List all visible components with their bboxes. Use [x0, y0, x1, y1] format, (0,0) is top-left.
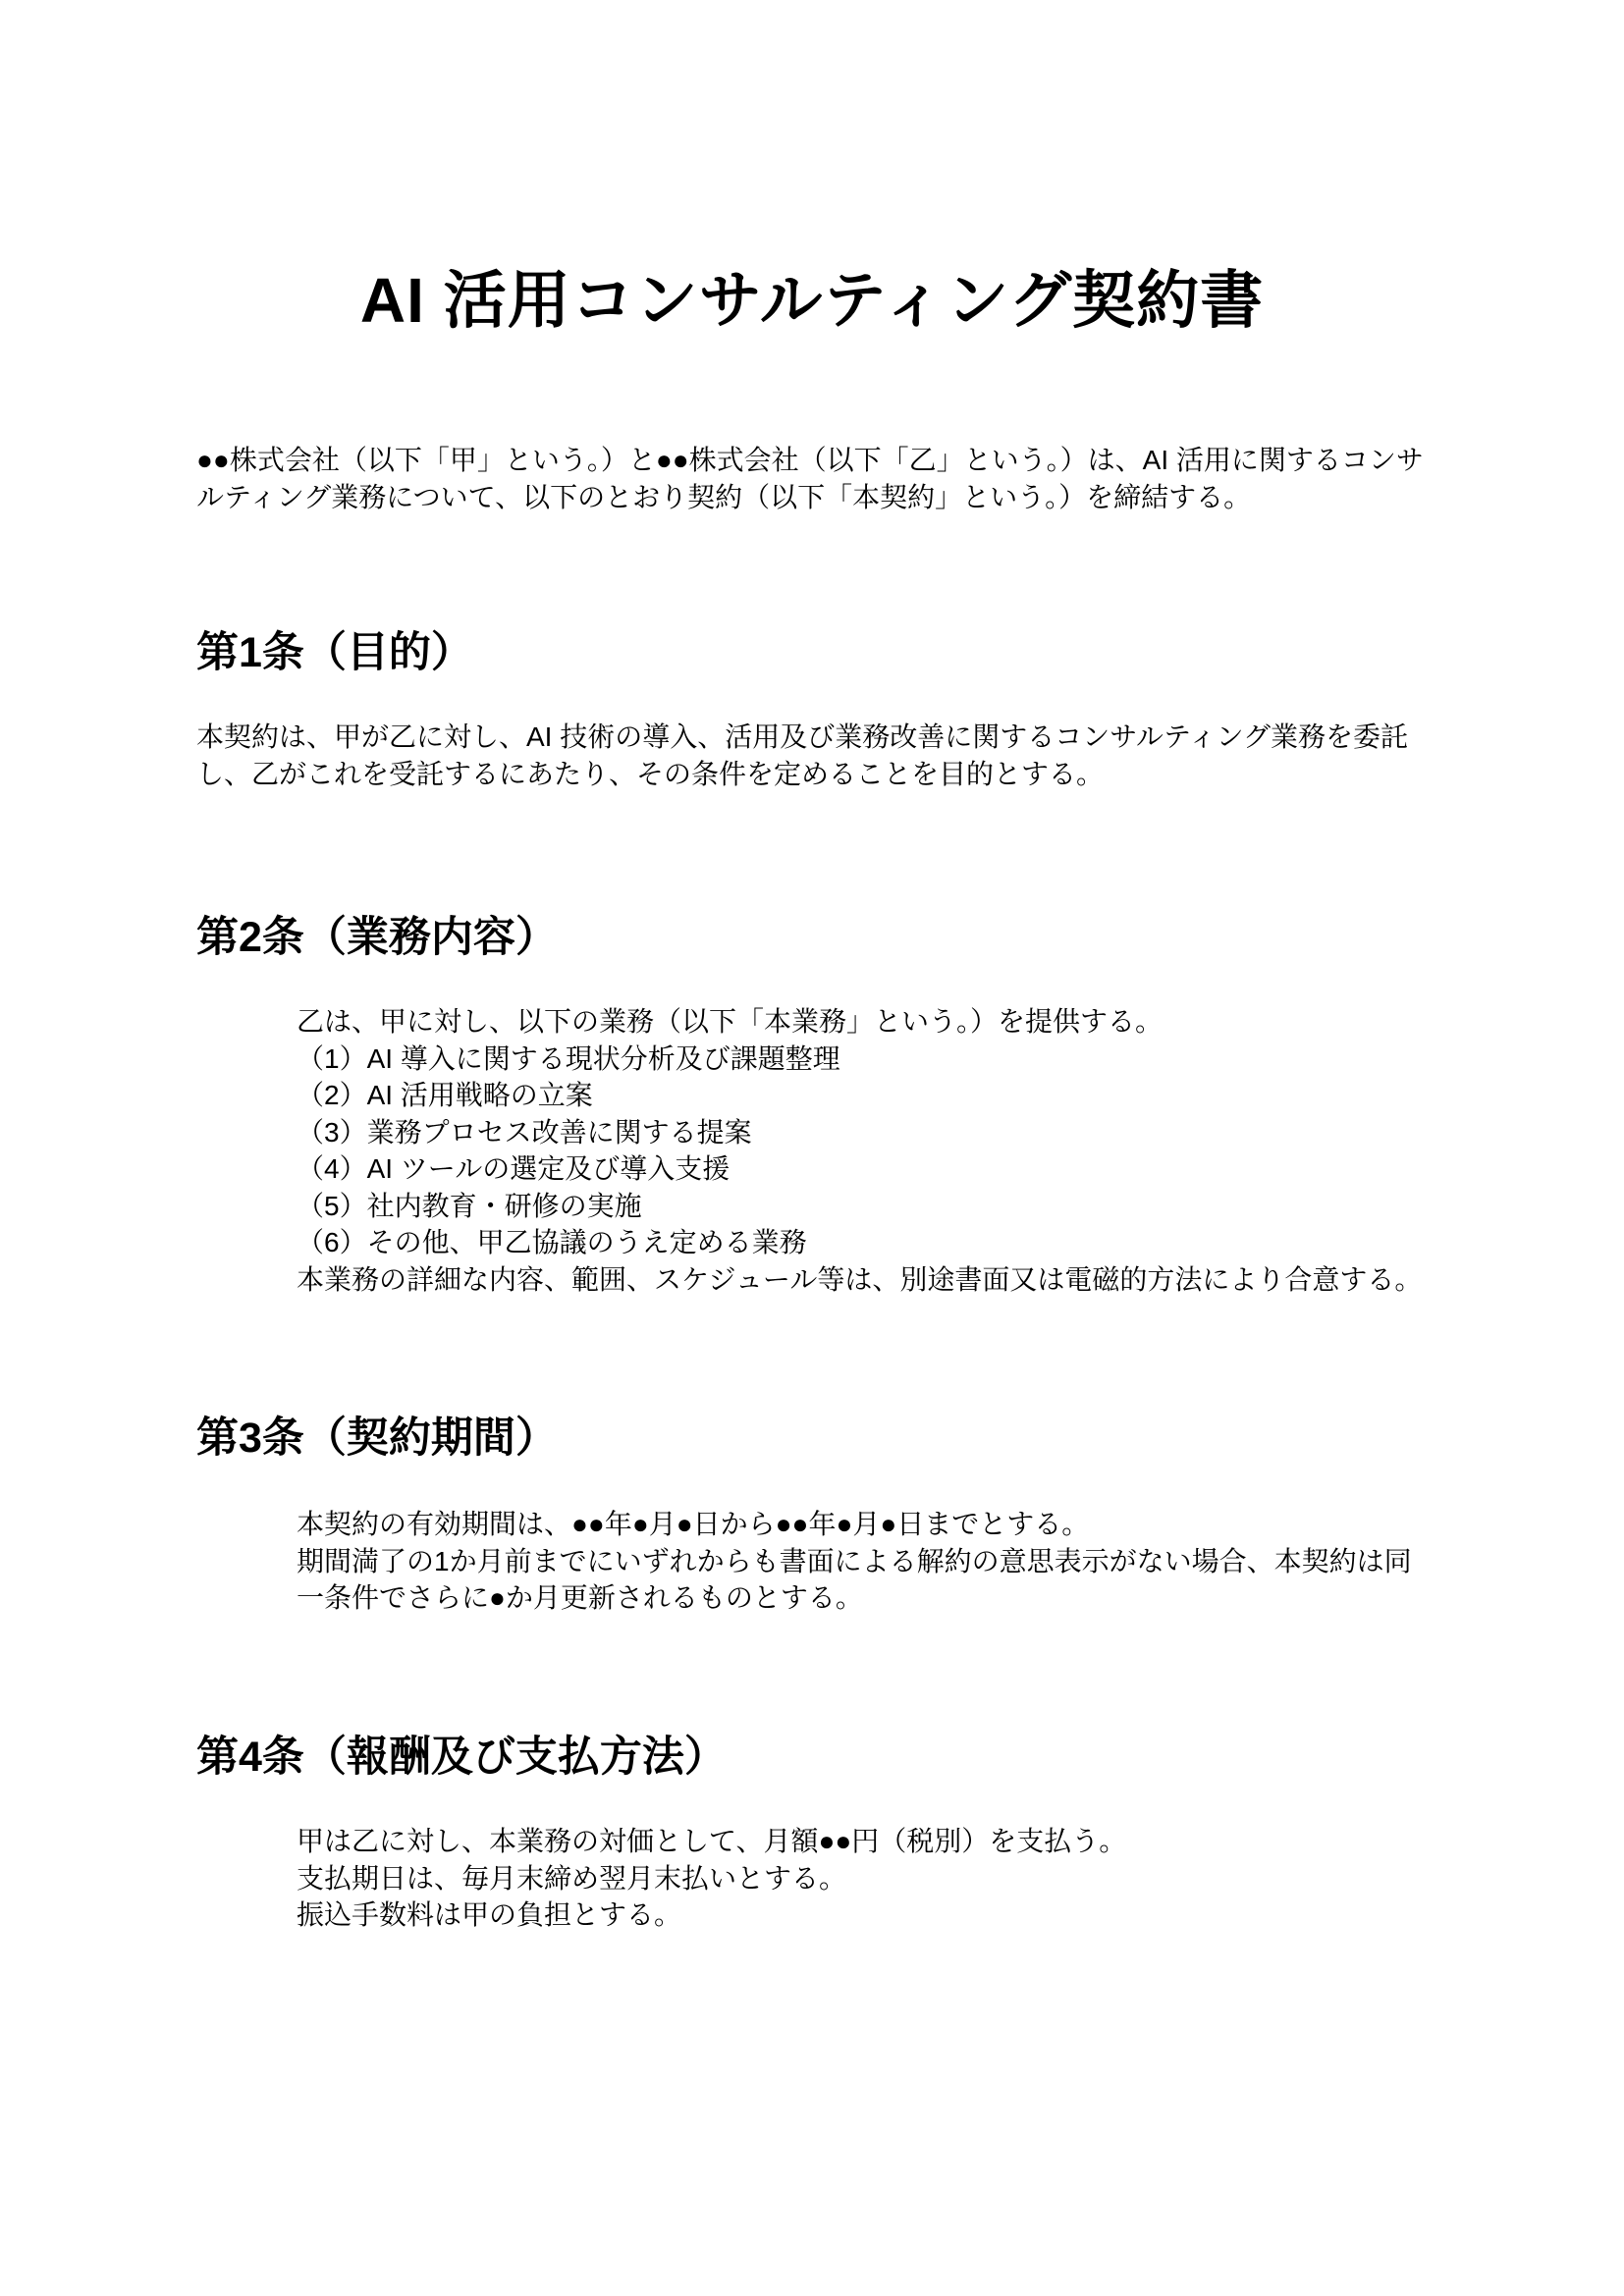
article-2-closing-line: 本業務の詳細な内容、範囲、スケジュール等は、別途書面又は電磁的方法により合意する…: [297, 1261, 1435, 1299]
article-2-list-item-1: （1）AI 導入に関する現状分析及び課題整理: [297, 1041, 1435, 1078]
article-3-line-1: 本契約の有効期間は、●●年●月●日から●●年●月●日までとする。: [297, 1506, 1435, 1543]
article-2-heading: 第2条（業務内容）: [196, 913, 558, 964]
preamble-paragraph: ●●株式会社（以下「甲」という。）と●●株式会社（以下「乙」という。）は、AI …: [196, 442, 1441, 515]
article-2-list-item-2: （2）AI 活用戦略の立案: [297, 1077, 1435, 1114]
article-2-list-item-4: （4）AI ツールの選定及び導入支援: [297, 1150, 1435, 1188]
article-3-line-2: 期間満了の1か月前までにいずれからも書面による解約の意思表示がない場合、本契約は…: [297, 1543, 1435, 1617]
article-4-heading: 第4条（報酬及び支払方法）: [196, 1733, 727, 1784]
article-4-line-2: 支払期日は、毎月末締め翌月末払いとする。: [297, 1860, 1435, 1897]
document-title: AI 活用コンサルティング契約書: [0, 263, 1624, 339]
article-2-line-1: 乙は、甲に対し、以下の業務（以下「本業務」という。）を提供する。: [297, 1003, 1435, 1041]
contract-document-page: AI 活用コンサルティング契約書 ●●株式会社（以下「甲」という。）と●●株式会…: [0, 0, 1624, 2296]
article-1-heading: 第1条（目的）: [196, 628, 473, 679]
article-4-line-3: 振込手数料は甲の負担とする。: [297, 1896, 1435, 1934]
article-4-body: 甲は乙に対し、本業務の対価として、月額●●円（税別）を支払う。 支払期日は、毎月…: [297, 1823, 1435, 1934]
article-2-list-item-6: （6）その他、甲乙協議のうえ定める業務: [297, 1224, 1435, 1261]
article-1-body: 本契約は、甲が乙に対し、AI 技術の導入、活用及び業務改善に関するコンサルティン…: [196, 719, 1441, 792]
article-4-line-1: 甲は乙に対し、本業務の対価として、月額●●円（税別）を支払う。: [297, 1823, 1435, 1860]
article-3-body: 本契約の有効期間は、●●年●月●日から●●年●月●日までとする。 期間満了の1か…: [297, 1506, 1435, 1617]
article-2-body: 乙は、甲に対し、以下の業務（以下「本業務」という。）を提供する。 （1）AI 導…: [297, 1003, 1435, 1298]
article-1-line-1: 本契約は、甲が乙に対し、AI 技術の導入、活用及び業務改善に関するコンサルティン…: [196, 719, 1441, 792]
article-2-list-item-3: （3）業務プロセス改善に関する提案: [297, 1114, 1435, 1151]
article-2-list-item-5: （5）社内教育・研修の実施: [297, 1188, 1435, 1225]
article-3-heading: 第3条（契約期間）: [196, 1414, 558, 1465]
